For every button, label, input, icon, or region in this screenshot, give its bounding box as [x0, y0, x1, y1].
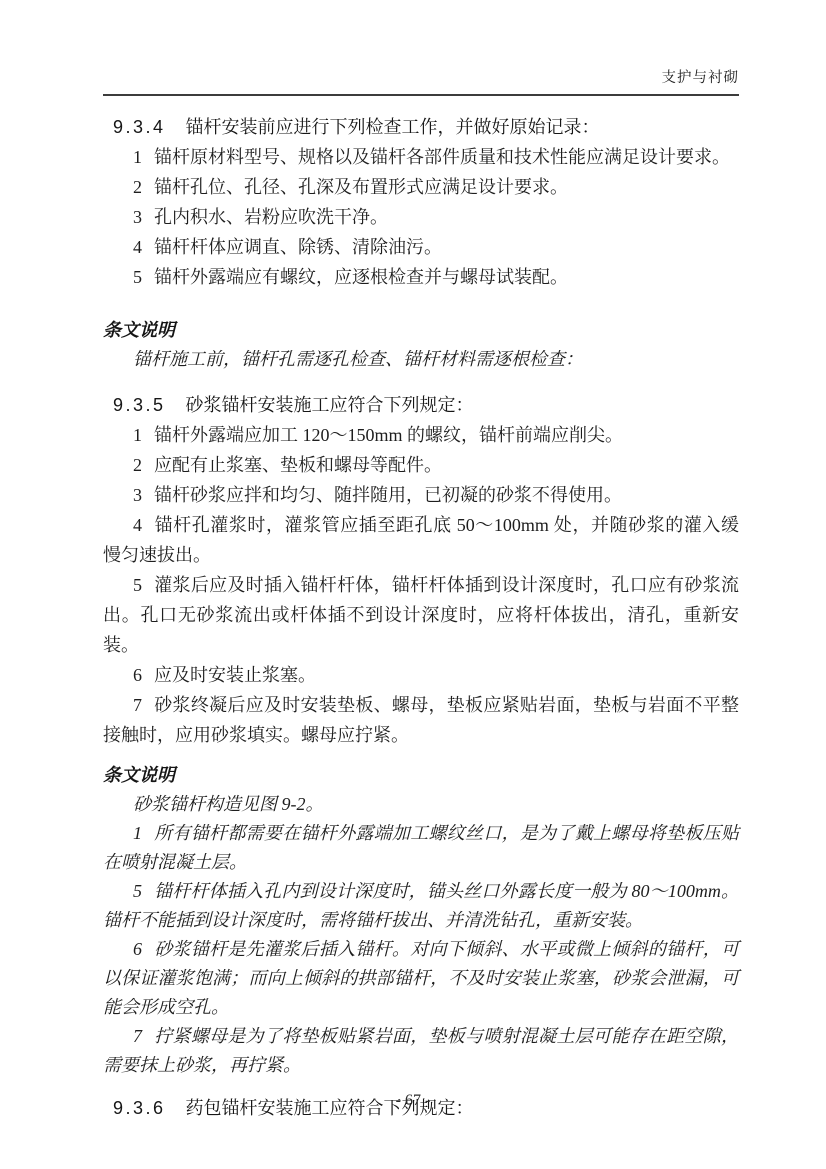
list-item: 1锚杆原材料型号、规格以及锚杆各部件质量和技术性能应满足设计要求。 — [103, 142, 739, 172]
list-item: 3锚杆砂浆应拌和均匀、随拌随用，已初凝的砂浆不得使用。 — [103, 480, 739, 510]
running-header-title: 支护与衬砌 — [662, 66, 740, 87]
note-paragraph: 锚杆施工前，锚杆孔需逐孔检查、锚杆材料需逐根检查： — [103, 345, 739, 374]
item-number: 3 — [133, 207, 142, 227]
item-number: 5 — [133, 881, 142, 901]
clause-number: 9.3.5 — [113, 395, 166, 415]
list-item: 6应及时安装止浆塞。 — [103, 660, 739, 690]
clause-9-3-5-heading: 9.3.5砂浆锚杆安装施工应符合下列规定： — [103, 390, 739, 420]
item-text: 锚杆外露端应加工 120～150mm 的螺纹，锚杆前端应削尖。 — [154, 425, 623, 445]
list-item: 4锚杆杆体应调直、除锈、清除油污。 — [103, 232, 739, 262]
list-item: 4锚杆孔灌浆时，灌浆管应插至距孔底 50～100mm 处，并随砂浆的灌入缓慢匀速… — [103, 510, 739, 570]
list-item: 1锚杆外露端应加工 120～150mm 的螺纹，锚杆前端应削尖。 — [103, 420, 739, 450]
note-heading: 条文说明 — [103, 316, 739, 345]
item-number: 2 — [133, 177, 142, 197]
item-number: 1 — [133, 147, 142, 167]
list-item: 7砂浆终凝后应及时安装垫板、螺母，垫板应紧贴岩面，垫板与岩面不平整接触时，应用砂… — [103, 690, 739, 750]
note-heading: 条文说明 — [103, 761, 739, 790]
page-number: - 67 - — [0, 1088, 826, 1114]
item-number: 7 — [133, 1026, 142, 1046]
list-item: 5锚杆外露端应有螺纹，应逐根检查并与螺母试装配。 — [103, 262, 739, 292]
item-number: 3 — [133, 485, 142, 505]
item-text: 孔内积水、岩粉应吹洗干净。 — [154, 207, 388, 227]
item-number: 6 — [133, 665, 142, 685]
item-number: 1 — [133, 425, 142, 445]
note-list-item: 6砂浆锚杆是先灌浆后插入锚杆。对向下倾斜、水平或微上倾斜的锚杆，可以保证灌浆饱满… — [103, 935, 739, 1022]
note-list-item: 1所有锚杆都需要在锚杆外露端加工螺纹丝口，是为了戴上螺母将垫板压贴在喷射混凝土层… — [103, 819, 739, 877]
item-text: 锚杆孔灌浆时，灌浆管应插至距孔底 50～100mm 处，并随砂浆的灌入缓慢匀速拔… — [103, 515, 739, 565]
item-text: 锚杆外露端应有螺纹，应逐根检查并与螺母试装配。 — [154, 267, 568, 287]
item-text: 砂浆终凝后应及时安装垫板、螺母，垫板应紧贴岩面，垫板与岩面不平整接触时，应用砂浆… — [103, 695, 739, 745]
list-item: 2应配有止浆塞、垫板和螺母等配件。 — [103, 450, 739, 480]
item-text: 砂浆锚杆是先灌浆后插入锚杆。对向下倾斜、水平或微上倾斜的锚杆，可以保证灌浆饱满；… — [103, 939, 739, 1017]
item-text: 锚杆杆体应调直、除锈、清除油污。 — [154, 237, 442, 257]
item-text: 拧紧螺母是为了将垫板贴紧岩面，垫板与喷射混凝土层可能存在距空隙，需要抹上砂浆，再… — [103, 1026, 739, 1075]
note-paragraph: 砂浆锚杆构造见图 9-2。 — [103, 790, 739, 819]
item-number: 2 — [133, 455, 142, 475]
item-text: 锚杆杆体插入孔内到设计深度时，锚头丝口外露长度一般为 80～100mm。锚杆不能… — [103, 881, 739, 930]
clause-title: 锚杆安装前应进行下列检查工作，并做好原始记录： — [186, 117, 600, 137]
item-text: 应及时安装止浆塞。 — [154, 665, 316, 685]
item-text: 灌浆后应及时插入锚杆杆体，锚杆杆体插到设计深度时，孔口应有砂浆流出。孔口无砂浆流… — [103, 575, 739, 655]
item-number: 6 — [133, 939, 142, 959]
note-section: 条文说明 砂浆锚杆构造见图 9-2。 1所有锚杆都需要在锚杆外露端加工螺纹丝口，… — [103, 761, 739, 1080]
note-section: 条文说明 锚杆施工前，锚杆孔需逐孔检查、锚杆材料需逐根检查： — [103, 316, 739, 374]
item-text: 锚杆原材料型号、规格以及锚杆各部件质量和技术性能应满足设计要求。 — [154, 147, 730, 167]
clause-title: 砂浆锚杆安装施工应符合下列规定： — [186, 395, 474, 415]
item-number: 5 — [133, 267, 142, 287]
page-header: 支护与衬砌 — [103, 0, 739, 96]
item-text: 所有锚杆都需要在锚杆外露端加工螺纹丝口，是为了戴上螺母将垫板压贴在喷射混凝土层。 — [103, 823, 739, 872]
item-text: 应配有止浆塞、垫板和螺母等配件。 — [154, 455, 442, 475]
clause-9-3-4-heading: 9.3.4锚杆安装前应进行下列检查工作，并做好原始记录： — [103, 112, 739, 142]
item-text: 锚杆孔位、孔径、孔深及布置形式应满足设计要求。 — [154, 177, 568, 197]
document-page: 支护与衬砌 9.3.4锚杆安装前应进行下列检查工作，并做好原始记录： 1锚杆原材… — [0, 0, 826, 1169]
item-number: 7 — [133, 695, 142, 715]
list-item: 3孔内积水、岩粉应吹洗干净。 — [103, 202, 739, 232]
item-number: 1 — [133, 823, 142, 843]
note-list-item: 7拧紧螺母是为了将垫板贴紧岩面，垫板与喷射混凝土层可能存在距空隙，需要抹上砂浆，… — [103, 1022, 739, 1080]
note-list-item: 5锚杆杆体插入孔内到设计深度时，锚头丝口外露长度一般为 80～100mm。锚杆不… — [103, 877, 739, 935]
page-content: 支护与衬砌 9.3.4锚杆安装前应进行下列检查工作，并做好原始记录： 1锚杆原材… — [103, 0, 739, 1123]
item-number: 4 — [133, 515, 142, 535]
item-number: 4 — [133, 237, 142, 257]
item-text: 锚杆砂浆应拌和均匀、随拌随用，已初凝的砂浆不得使用。 — [154, 485, 622, 505]
clause-number: 9.3.4 — [113, 117, 166, 137]
item-number: 5 — [133, 575, 142, 595]
list-item: 2锚杆孔位、孔径、孔深及布置形式应满足设计要求。 — [103, 172, 739, 202]
list-item: 5灌浆后应及时插入锚杆杆体，锚杆杆体插到设计深度时，孔口应有砂浆流出。孔口无砂浆… — [103, 570, 739, 660]
